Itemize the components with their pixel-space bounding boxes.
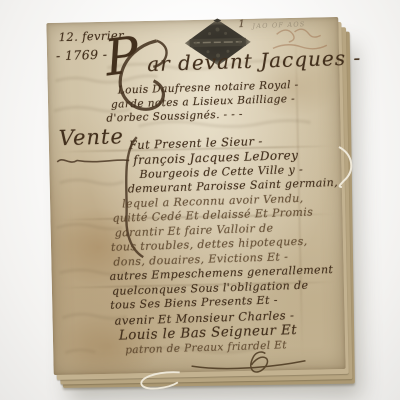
manuscript-booklet: 1 JAO OF AOS 12. fevrier - 1769 - P ar d… [46, 17, 345, 375]
page-number: 1 [238, 19, 245, 30]
closing-paraph [189, 350, 310, 379]
photo-background: 1 JAO OF AOS 12. fevrier - 1769 - P ar d… [0, 0, 400, 400]
binding-thread [134, 368, 185, 395]
margin-keyword: Vente [58, 124, 124, 150]
heading-initial: P [102, 26, 143, 88]
binding-thread [337, 145, 362, 189]
manuscript-page: 1 JAO OF AOS 12. fevrier - 1769 - P ar d… [46, 17, 345, 375]
